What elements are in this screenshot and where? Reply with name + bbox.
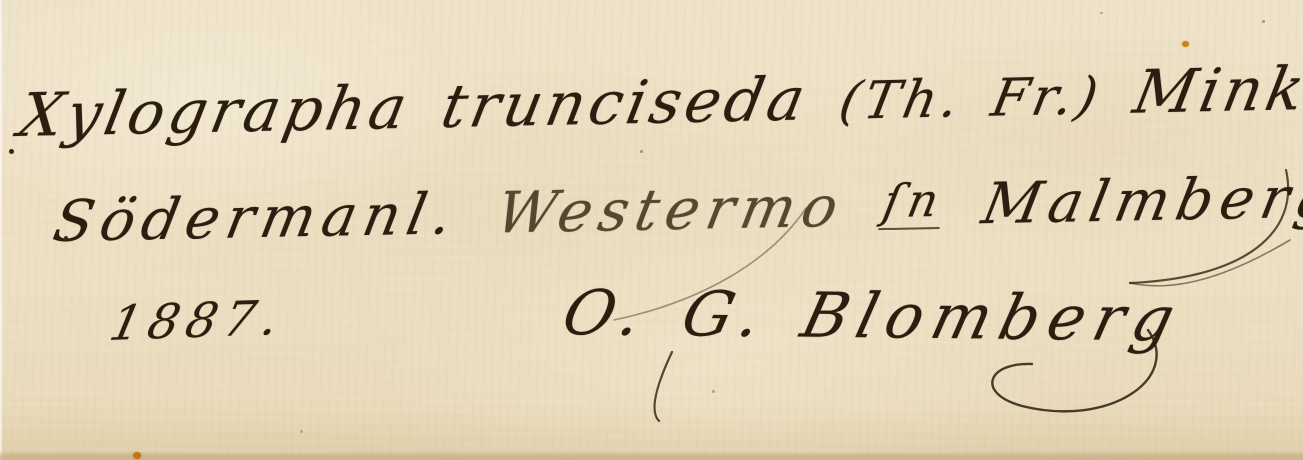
paper-speck — [640, 150, 643, 153]
scan-bottom-edge — [0, 451, 1303, 460]
paper-speck — [712, 390, 715, 393]
paper-stain — [133, 452, 141, 459]
parish-text: Westermo — [491, 174, 850, 247]
paper-speck — [1262, 20, 1265, 23]
genus-text: Xylographa — [14, 73, 417, 151]
paper-stain — [1182, 41, 1189, 47]
author-text: Minks — [1128, 53, 1303, 127]
ink-dot — [64, 236, 68, 240]
epithet-text: trunciseda — [436, 65, 814, 143]
year-text: 1887. — [105, 290, 291, 352]
scan-left-edge — [0, 0, 3, 460]
collector-name-text: O. G. Blomberg — [556, 276, 1191, 355]
province-text: Södermanl. — [48, 181, 464, 255]
date-line: 1887. — [106, 294, 290, 348]
collector-signature: O. G. Blomberg — [557, 282, 1189, 350]
paper-speck — [300, 430, 303, 433]
authority-text: (Th. Fr.) — [835, 66, 1107, 131]
paper-speck — [1100, 12, 1103, 14]
locality-text: Malmberga — [977, 164, 1303, 238]
ink-dot — [9, 149, 14, 154]
parish-abbreviation-text: ſn — [879, 173, 951, 230]
